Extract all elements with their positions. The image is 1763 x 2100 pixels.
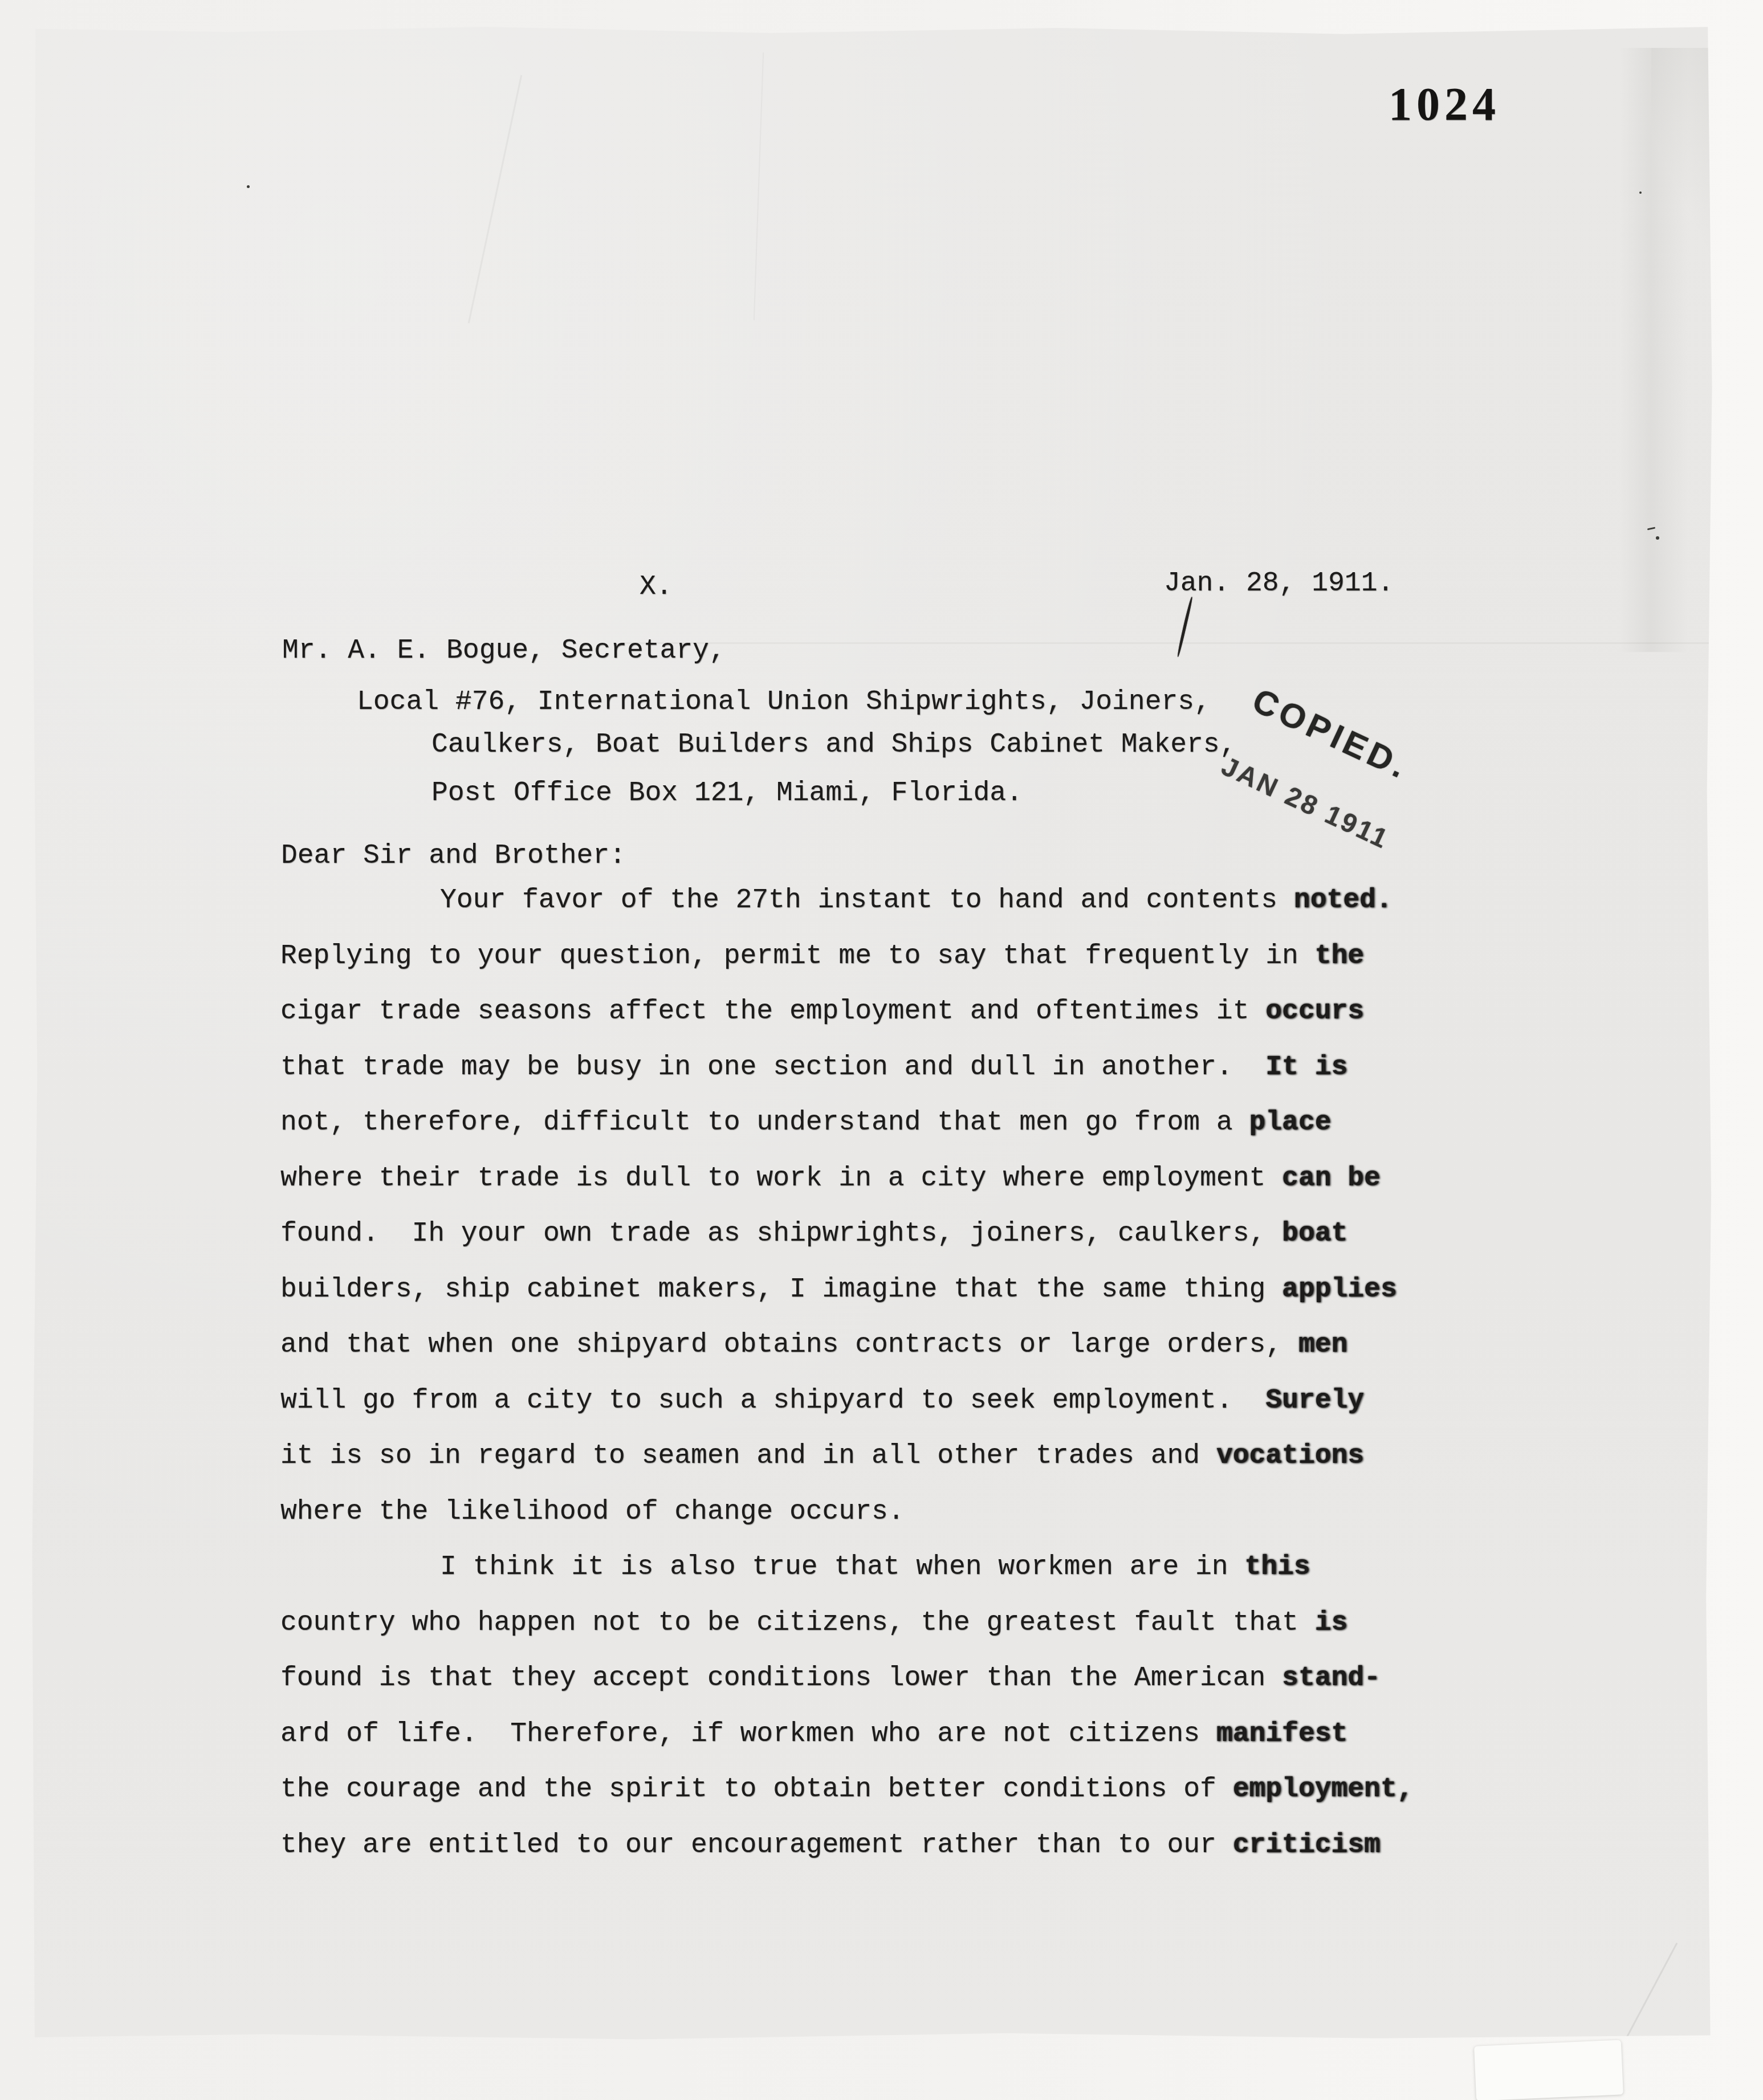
letter-line: not, therefore, difficult to understand … <box>280 1095 1477 1151</box>
letter-line: that trade may be busy in one section an… <box>280 1040 1477 1096</box>
crease <box>1619 1943 1678 2052</box>
date-line: Jan. 28, 1911. <box>1164 570 1394 597</box>
recipient-line-3: Caulkers, Boat Builders and Ships Cabine… <box>431 731 1236 759</box>
recipient-line-2: Local #76, International Union Shipwrigh… <box>357 688 1211 716</box>
letter-line: where the likelihood of change occurs. <box>280 1485 1477 1540</box>
letter-line: cigar trade seasons affect the employmen… <box>280 984 1477 1040</box>
letter-line: Your favor of the 27th instant to hand a… <box>280 873 1477 929</box>
letter-line: Replying to your question, permit me to … <box>280 929 1477 985</box>
recipient-line-1: Mr. A. E. Bogue, Secretary, <box>282 637 726 664</box>
letter-line: where their trade is dull to work in a c… <box>280 1151 1477 1207</box>
letter-line: ard of life. Therefore, if workmen who a… <box>280 1707 1477 1763</box>
letter-line: builders, ship cabinet makers, I imagine… <box>280 1262 1477 1318</box>
paper-tab <box>1474 2040 1623 2100</box>
crease <box>754 52 764 320</box>
letter-line: and that when one shipyard obtains contr… <box>280 1318 1477 1373</box>
reference-mark: X. <box>640 573 673 601</box>
fold-line <box>622 642 1757 644</box>
letter-line: the courage and the spirit to obtain bet… <box>280 1762 1477 1818</box>
dust-speck <box>1656 536 1659 540</box>
letter-body: Your favor of the 27th instant to hand a… <box>280 873 1477 1873</box>
dust-speck <box>247 185 250 188</box>
letter-line: country who happen not to be citizens, t… <box>280 1596 1477 1652</box>
dust-speck <box>1639 191 1642 194</box>
salutation: Dear Sir and Brother: <box>281 842 626 870</box>
recipient-line-4: Post Office Box 121, Miami, Florida. <box>431 780 1023 807</box>
letter-line: it is so in regard to seamen and in all … <box>280 1429 1477 1485</box>
letter-line: found. Ih your own trade as shipwrights,… <box>280 1206 1477 1262</box>
corner-shadow <box>1651 48 1744 287</box>
letter-line: will go from a city to such a shipyard t… <box>280 1373 1477 1429</box>
letter-line: I think it is also true that when workme… <box>280 1540 1477 1596</box>
crease <box>468 75 522 324</box>
page-number: 1024 <box>1389 78 1500 131</box>
letter-line: they are entitled to our encouragement r… <box>280 1818 1477 1874</box>
letter-line: found is that they accept conditions low… <box>280 1651 1477 1707</box>
scanned-letter: 1024 X. Jan. 28, 1911. Mr. A. E. Bogue, … <box>0 0 1763 2100</box>
